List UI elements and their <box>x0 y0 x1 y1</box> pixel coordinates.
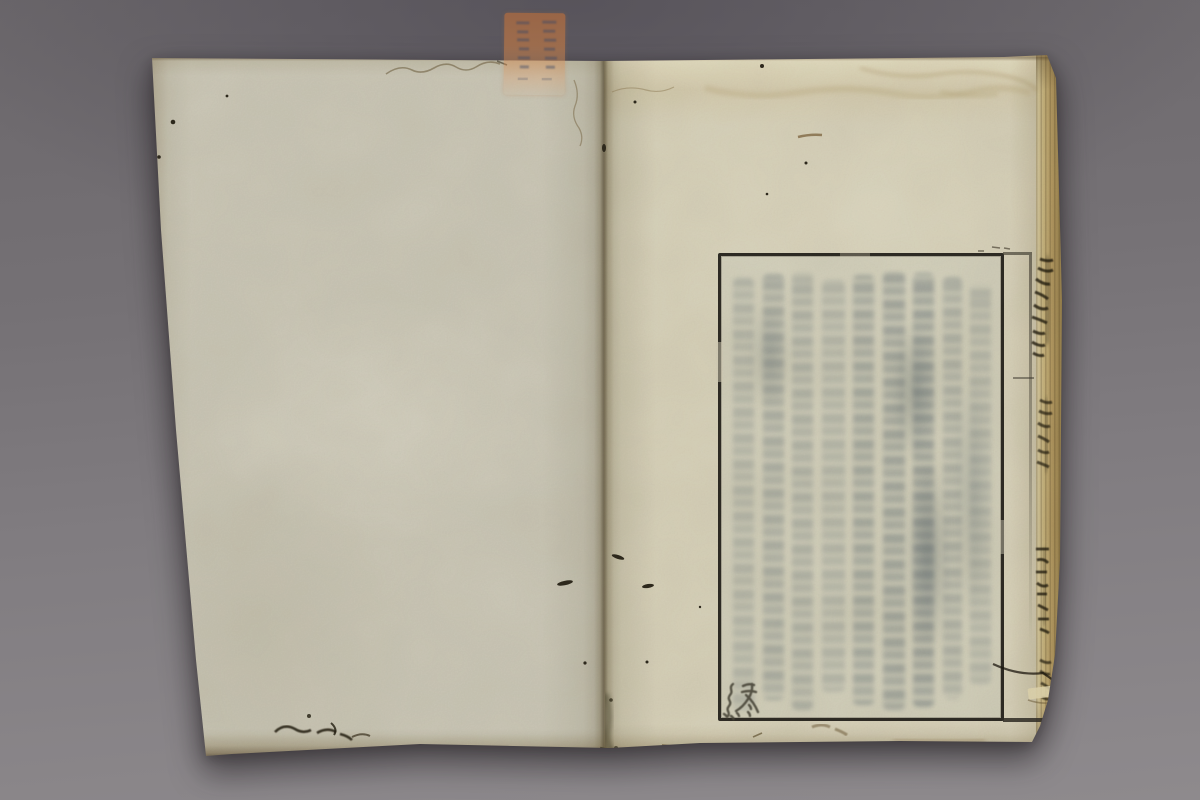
bleed-column <box>822 280 845 692</box>
gutter-fold <box>594 55 614 757</box>
end-character <box>719 678 763 722</box>
end-character-text: 終 <box>0 0 1 1</box>
spine-label-sticker <box>504 13 566 96</box>
bottom-page-edge <box>150 734 1063 757</box>
spine-label-marks <box>504 13 566 96</box>
frame-top-extension <box>1003 252 1032 255</box>
fold-margin-rule <box>1029 255 1032 647</box>
fold-margin-tick <box>1013 377 1034 379</box>
left-page <box>150 55 606 757</box>
bleed-stain <box>900 430 955 680</box>
photo-background: 終 <box>0 0 1200 800</box>
book-shadow: 終 <box>0 0 1200 800</box>
top-page-edge <box>150 55 1063 61</box>
book: 終 <box>0 0 1200 800</box>
bleed-column <box>853 275 874 705</box>
frame-bottom-extension <box>1003 718 1047 722</box>
fore-edge <box>1036 55 1063 752</box>
bleed-stain <box>745 285 795 425</box>
bleed-column <box>792 272 813 710</box>
printed-frame <box>718 253 1004 721</box>
bleed-stain <box>950 330 995 660</box>
